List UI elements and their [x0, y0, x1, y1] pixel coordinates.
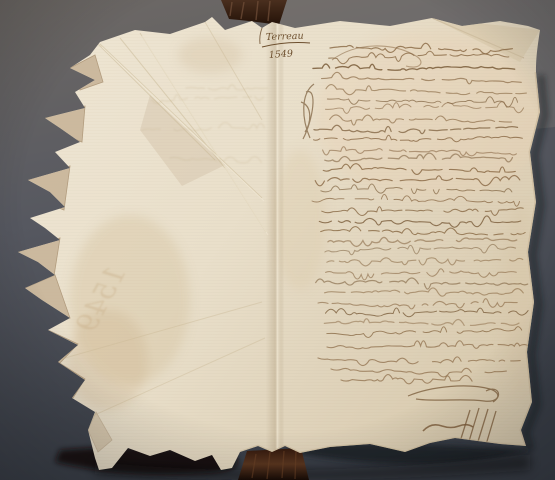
manuscript-canvas: 1549 Terreau 1549 — [0, 0, 555, 480]
manuscript-photo: 1549 Terreau 1549 — [0, 0, 555, 480]
vignette — [0, 0, 555, 480]
